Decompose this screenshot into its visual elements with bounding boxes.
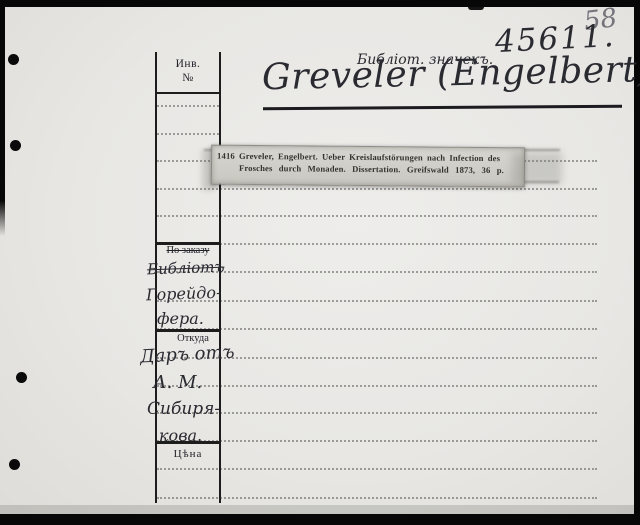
inventory-label-line1: Инв.	[155, 57, 221, 71]
column-divider	[155, 329, 221, 332]
ruled-line	[157, 188, 597, 190]
handwritten-kova: кова.	[159, 426, 202, 445]
ruled-line	[157, 412, 597, 414]
pasted-printed-slip: 1416 Greveler, Engelbert. Ueber Kreislau…	[211, 145, 525, 188]
tsena-label: Цѣна	[155, 448, 221, 460]
column-divider	[155, 92, 221, 94]
ruled-line	[157, 243, 597, 245]
catalog-card-scan: Инв. № По заказу Откуда Цѣна Библіотъ Го…	[0, 0, 640, 525]
inventory-number-label: Инв. №	[155, 57, 221, 85]
handwritten-goreido: Горейдо-	[146, 283, 222, 305]
inventory-label-line2: №	[155, 71, 221, 85]
po-zakazu-label-strikethrough: По заказу	[155, 245, 221, 256]
scan-border-bottom	[0, 514, 640, 525]
punch-hole	[16, 372, 27, 383]
scan-border-top	[0, 0, 640, 7]
scan-border-notch	[468, 7, 484, 10]
ruled-line	[157, 300, 597, 302]
ruled-line	[157, 105, 219, 107]
column-border-right	[219, 52, 221, 503]
heading-underline	[263, 105, 622, 111]
ruled-line	[157, 497, 597, 499]
ruled-line	[157, 440, 597, 442]
punch-hole	[8, 54, 19, 65]
ink-smudge	[512, 152, 562, 184]
ruled-line	[157, 215, 597, 217]
ruled-line	[157, 133, 219, 135]
punch-hole	[9, 459, 20, 470]
handwritten-sibirya: Сибиря-	[147, 399, 220, 419]
handwritten-fera: фера.	[157, 309, 204, 328]
slip-text-line2: Frosches durch Monaden. Dissertation. Gr…	[239, 162, 524, 176]
ruled-line	[157, 385, 597, 387]
ruled-line	[157, 468, 597, 470]
author-heading: Greveler (Engelbert).	[262, 49, 640, 98]
ruled-line	[157, 328, 597, 330]
punch-hole	[10, 140, 21, 151]
handwritten-bibliot-strikethrough: Библіотъ	[147, 258, 225, 279]
handwritten-initials: А. М.	[153, 372, 202, 393]
scan-edge-shadow-bottom	[0, 505, 640, 514]
scan-border-left	[0, 0, 5, 236]
